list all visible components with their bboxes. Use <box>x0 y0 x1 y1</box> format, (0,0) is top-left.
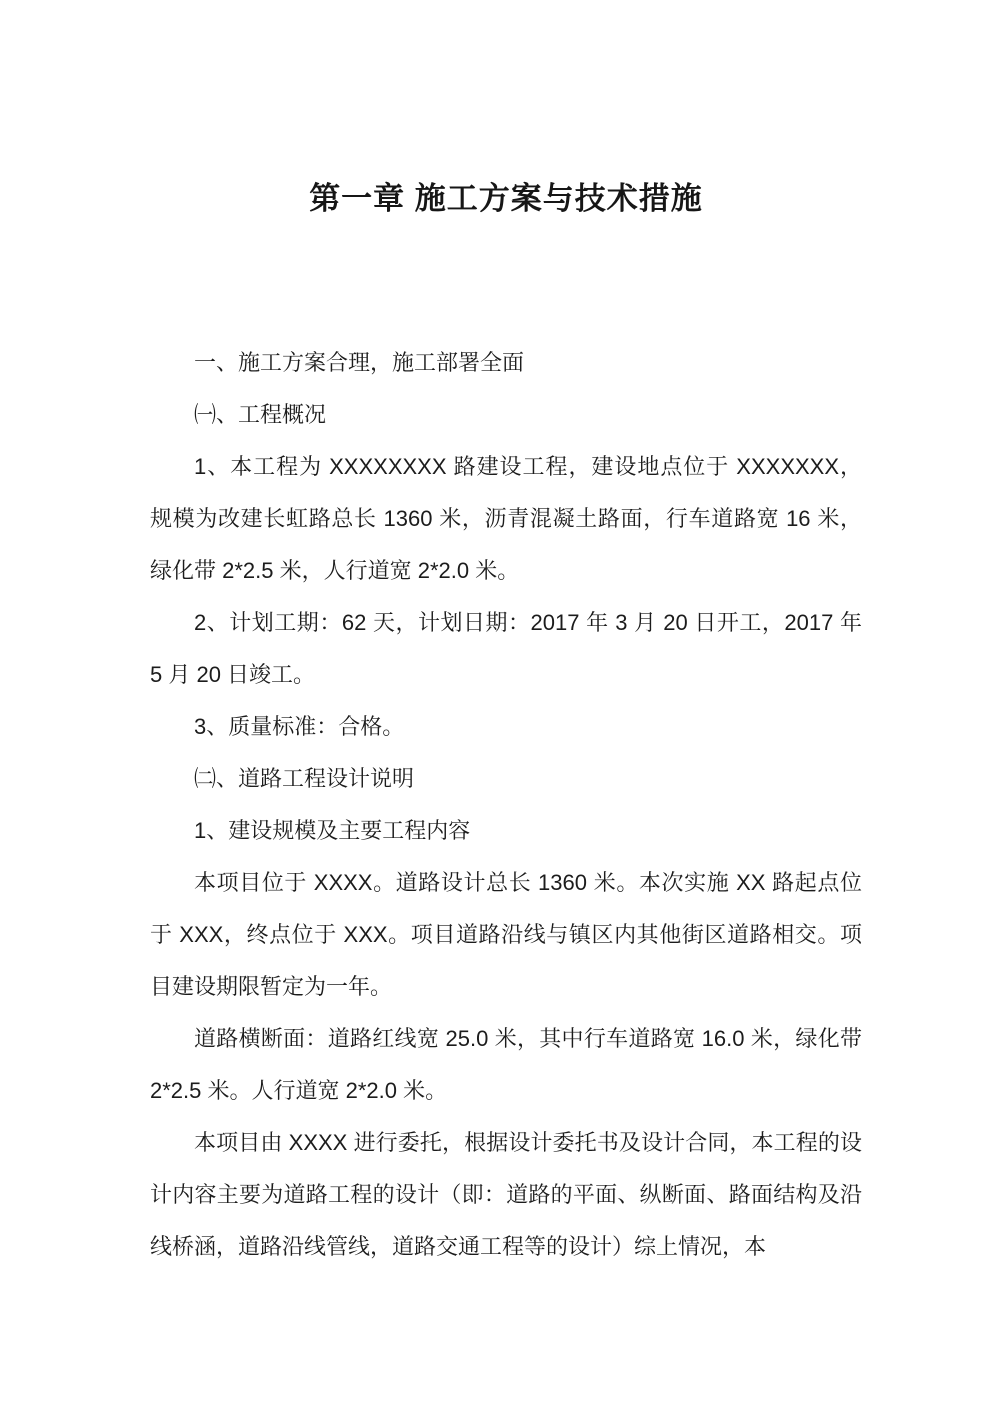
paragraph-project-scope: 1、本工程为 XXXXXXXX 路建设工程，建设地点位于 XXXXXXX，规模为… <box>150 441 862 597</box>
document-body: 一、施工方案合理，施工部署全面 ㈠、工程概况 1、本工程为 XXXXXXXX 路… <box>150 337 862 1273</box>
subsection-heading-overview: ㈠、工程概况 <box>150 389 862 441</box>
paragraph-schedule: 2、计划工期：62 天，计划日期：2017 年 3 月 20 日开工，2017 … <box>150 597 862 701</box>
page-title: 第一章 施工方案与技术措施 <box>150 0 862 222</box>
paragraph-project-location: 本项目位于 XXXX。道路设计总长 1360 米。本次实施 XX 路起点位于 X… <box>150 857 862 1013</box>
section-heading-1: 一、施工方案合理，施工部署全面 <box>150 337 862 389</box>
paragraph-quality-standard: 3、质量标准：合格。 <box>150 701 862 753</box>
paragraph-design-commission: 本项目由 XXXX 进行委托，根据设计委托书及设计合同，本工程的设计内容主要为道… <box>150 1117 862 1273</box>
subsection-heading-road-design: ㈡、道路工程设计说明 <box>150 753 862 805</box>
document-page: 第一章 施工方案与技术措施 一、施工方案合理，施工部署全面 ㈠、工程概况 1、本… <box>0 0 1000 1415</box>
paragraph-cross-section: 道路横断面：道路红线宽 25.0 米，其中行车道路宽 16.0 米，绿化带 2*… <box>150 1013 862 1117</box>
paragraph-scale-heading: 1、建设规模及主要工程内容 <box>150 805 862 857</box>
